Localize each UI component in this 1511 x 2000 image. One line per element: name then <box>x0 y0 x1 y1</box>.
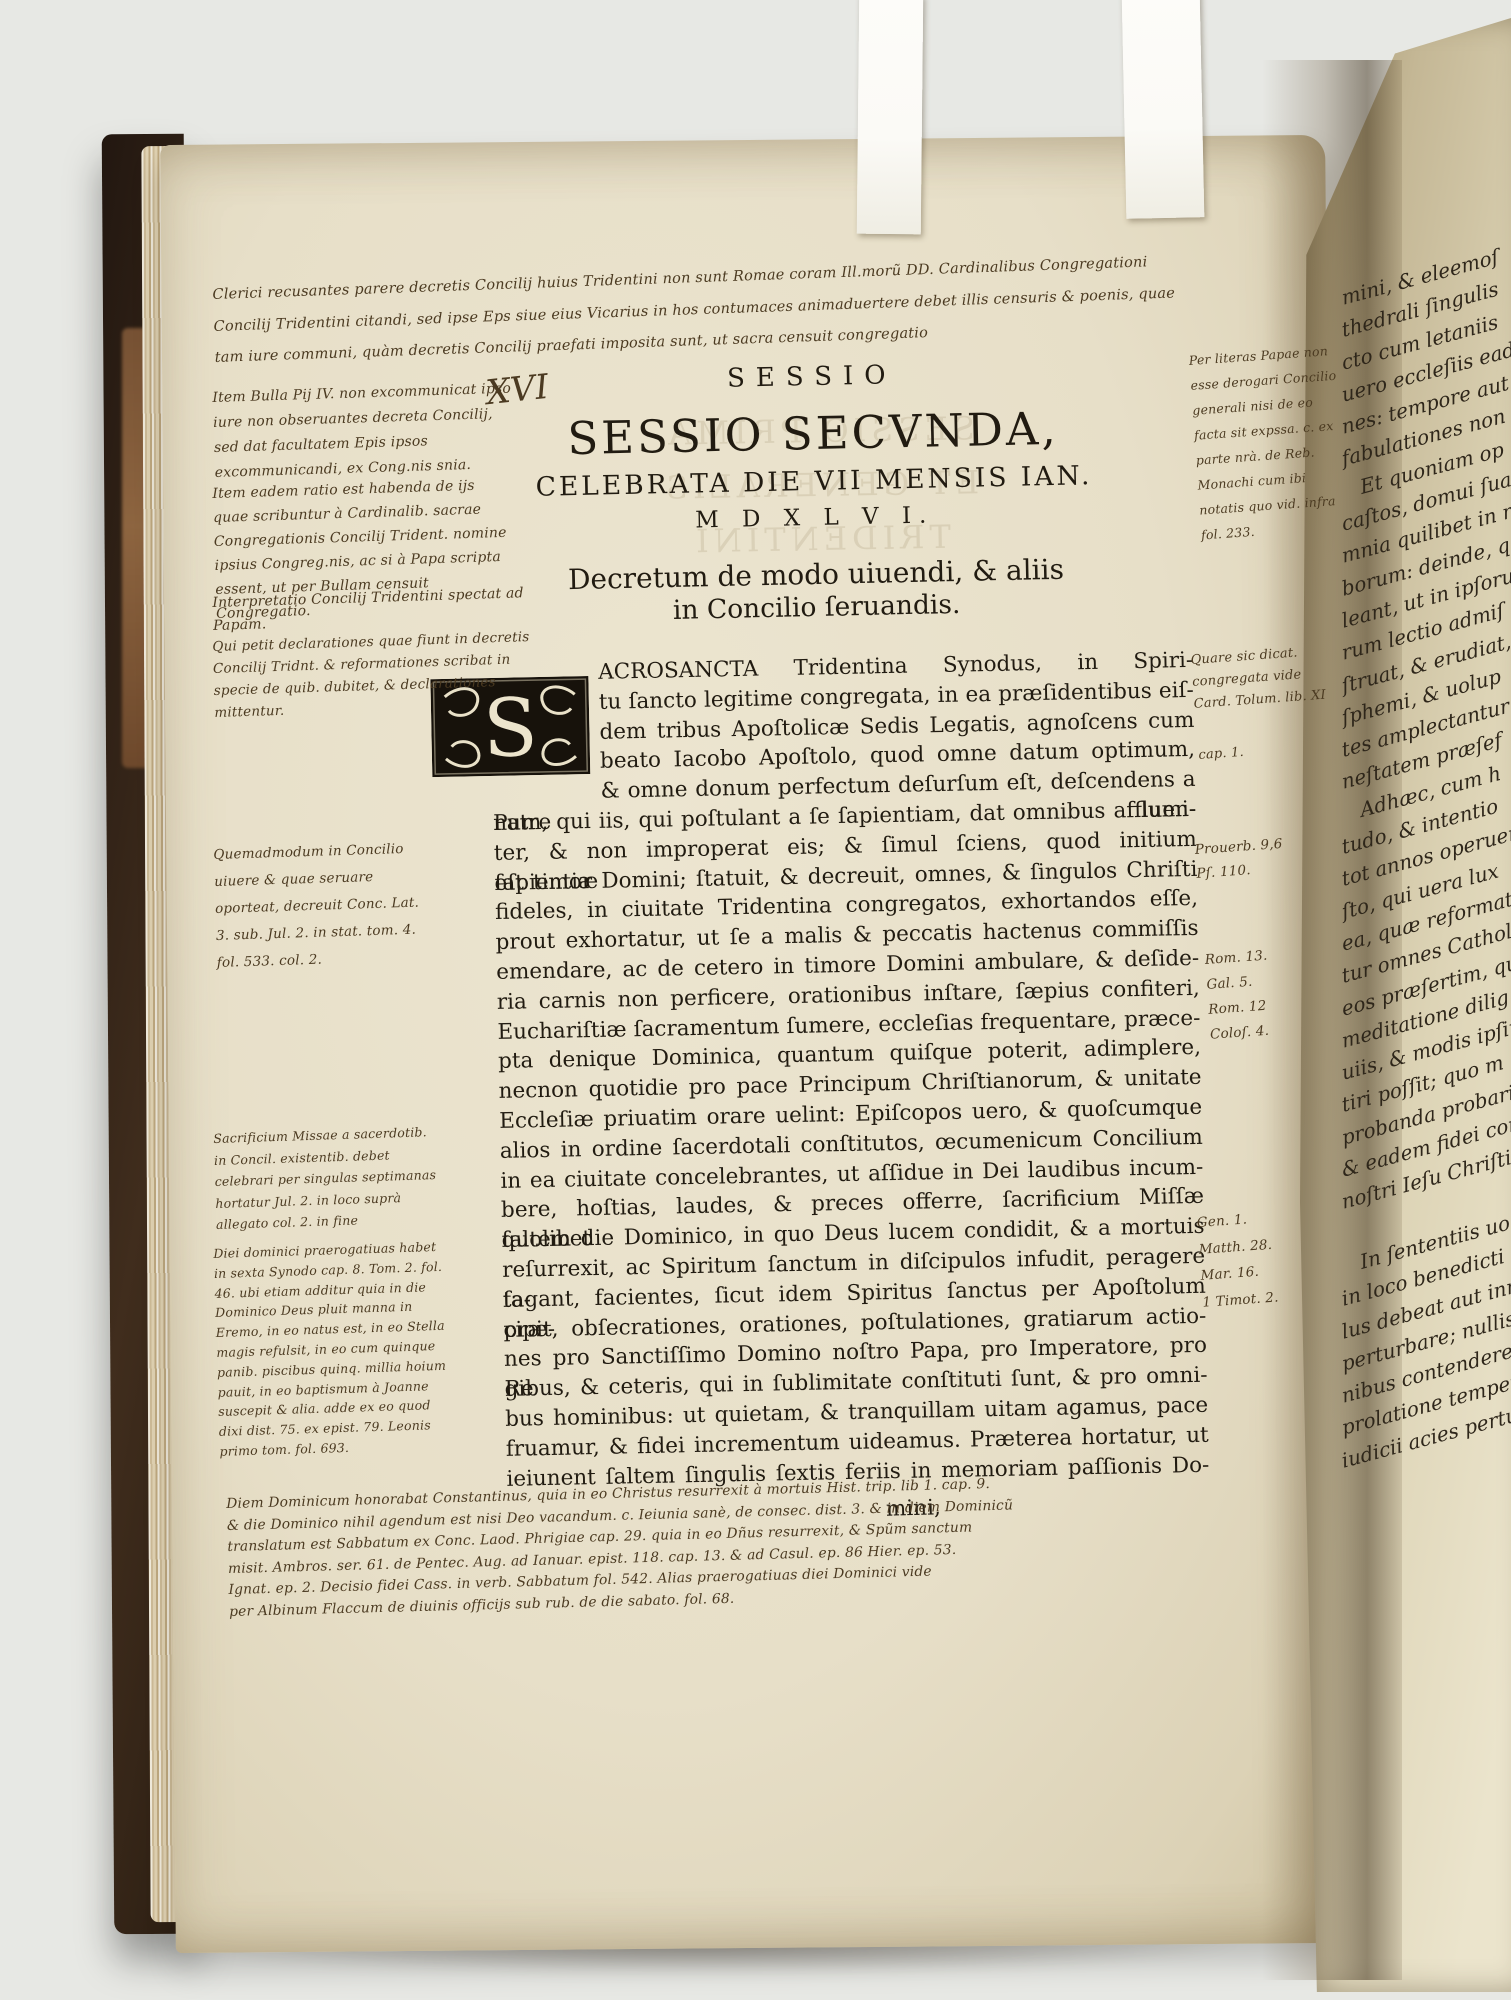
session-title: SESSIO SECVNDA, <box>431 400 1195 468</box>
facing-page-text: mini, & eleemoſthedrali ſinguliscto cum … <box>1342 282 1511 1477</box>
scripture-ref: 1 Timot. 2. <box>1202 1284 1280 1316</box>
margin-refs-gospels: Gen. 1.Matth. 28.Mar. 16.1 Timot. 2. <box>1196 1205 1279 1316</box>
margin-note-per-literas: Per literas Papae non esse derogari Conc… <box>1188 337 1356 547</box>
margin-note-dominici: Diei dominici praerogatiuas habet in sex… <box>213 1237 452 1462</box>
bookmark-strip-right <box>1122 0 1205 219</box>
bottom-margin-annotation: Diem Dominicum honorabat Constantinus, q… <box>226 1473 1016 1623</box>
margin-note-quemadmodum: Quemadmodum in Concilio uiuere & quae se… <box>213 835 429 977</box>
bookmark-strip-left <box>857 0 924 234</box>
scripture-ref: Rom. 13. <box>1204 944 1268 973</box>
margin-note-declarationes: Qui petit declarationes quae fiunt in de… <box>212 626 547 724</box>
body-lines: ACROSANCTA Tridentina Synodus, in Spiri-… <box>490 646 1210 1494</box>
margin-refs-proverbs: Prouerb. 9,6Pſ. 110. <box>1194 832 1285 886</box>
scripture-ref: Coloſ. 4. <box>1209 1018 1273 1047</box>
margin-refs-epistles: Rom. 13.Gal. 5.Rom. 12Coloſ. 4. <box>1204 944 1274 1048</box>
photographed-book-page: SESSIO PRIMAET GENERALISTRIDENTINI Cleri… <box>0 0 1511 2000</box>
margin-note-bulla: Item Bulla Pij IV. non excommunicat ipso… <box>212 377 517 486</box>
decree-body: S ACROSANCTA Tridentina Synodus, in Spir… <box>490 646 1210 1494</box>
margin-note-cap1: cap. 1. <box>1198 745 1244 763</box>
margin-note-sacrificium: Sacrificium Missae a sacerdotib. in Conc… <box>213 1121 442 1236</box>
margin-note-quare: Quare sic dicat. congregata vide Card. T… <box>1190 640 1336 716</box>
scripture-ref: Matth. 28. <box>1198 1231 1276 1263</box>
